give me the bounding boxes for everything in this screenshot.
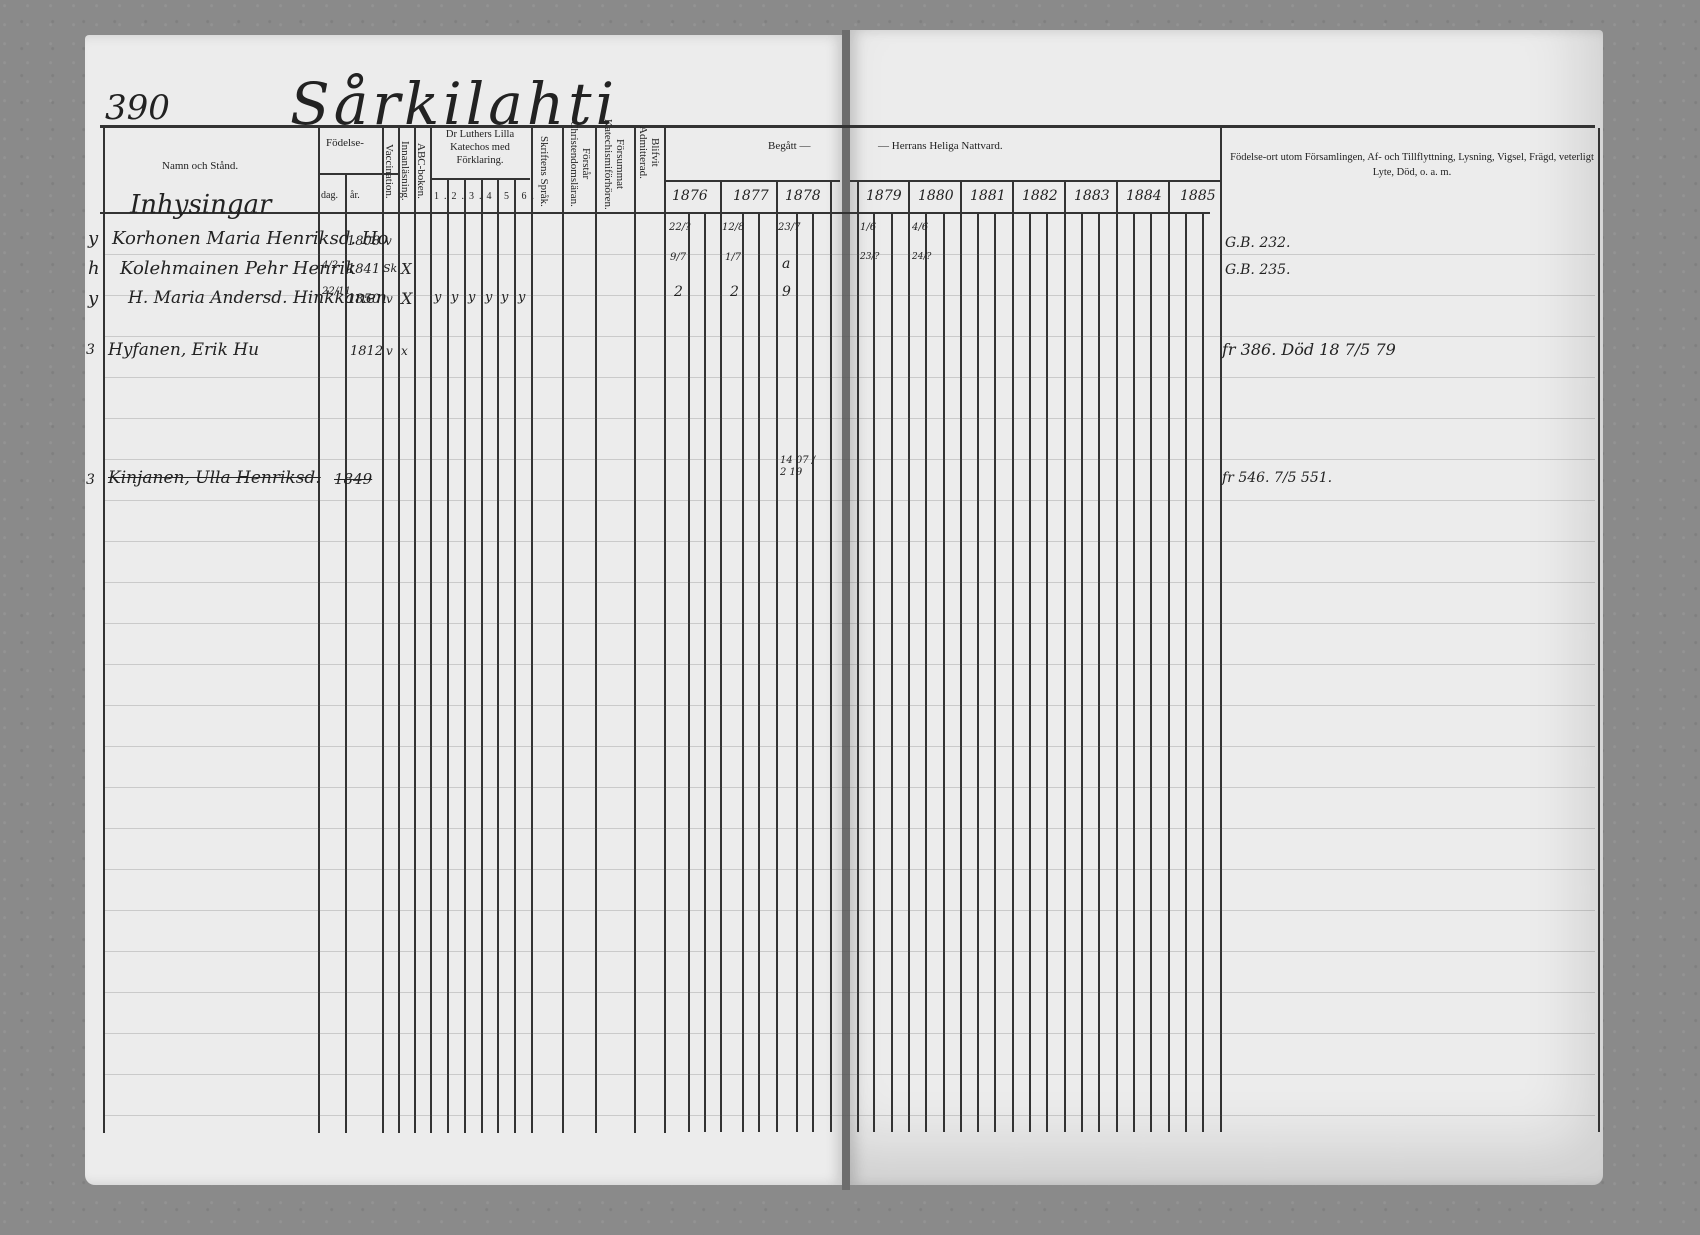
col-communion-right: — Herrans Heliga Nattvard. xyxy=(878,140,1003,152)
col-scripture: Skriftens Språk. xyxy=(538,132,550,210)
col-catechism-header: Dr Luthers Lilla Katechos med Förklaring… xyxy=(432,128,528,167)
row-3-cat-5: y xyxy=(501,290,508,305)
col-missed-catechism: Försummat Katechismiförhören. xyxy=(600,118,626,210)
row-2-year: 1841 xyxy=(347,262,380,277)
col-birth-header: Födelse- xyxy=(326,137,364,149)
row-5-remark: fr 546. 7/5 551. xyxy=(1222,470,1332,486)
page-number: 390 xyxy=(105,88,170,128)
year-1879: 1879 xyxy=(866,188,902,204)
row-5-name: Kinjanen, Ulla Henriksd. xyxy=(108,468,321,488)
col-name-header: Namn och Stånd. xyxy=(162,160,238,172)
row-4-read: x xyxy=(401,344,408,358)
row-2-vacc: Sk xyxy=(383,262,397,275)
row-5-mark: 3 xyxy=(86,472,95,488)
year-1876: 1876 xyxy=(672,188,708,204)
row-5-year: 1849 xyxy=(334,470,372,488)
year-1881: 1881 xyxy=(970,188,1006,204)
years-right-rule xyxy=(850,180,1220,182)
col-remarks: Födelse-ort utom Församlingen, Af- och T… xyxy=(1227,150,1597,180)
row-1-n1880: 4/6 xyxy=(912,222,928,233)
row-3-mark: y xyxy=(88,288,98,309)
row-3-n1877: 2 xyxy=(730,284,739,300)
row-1-year: 1808 xyxy=(347,234,380,249)
row-3-vacc: v xyxy=(386,292,393,306)
row-1-n1876: 22/? xyxy=(669,222,690,233)
header-top-rule xyxy=(100,125,1595,128)
year-1882: 1882 xyxy=(1022,188,1058,204)
row-4-vacc: v xyxy=(386,344,393,358)
years-left-rule xyxy=(665,180,840,182)
row-3-cat-2: y xyxy=(451,290,458,305)
col-catechism-parts: 1.2.3.4.5.6. xyxy=(434,191,539,202)
col-innanlasning: Innanläsning. xyxy=(399,134,411,208)
col-birth-day: dag. xyxy=(321,190,338,201)
year-1884: 1884 xyxy=(1126,188,1162,204)
row-2-remark: G.B. 235. xyxy=(1225,262,1291,278)
row-2-n1876: 9/7 xyxy=(670,252,686,263)
row-1-remark: G.B. 232. xyxy=(1225,235,1291,251)
col-communion-left: Begått — xyxy=(768,140,810,152)
col-birth-year: år. xyxy=(350,190,360,201)
year-1877: 1877 xyxy=(733,188,769,204)
row-4-remark: fr 386. Död 18 7/5 79 xyxy=(1222,340,1396,359)
row-1-n1878: 23/7 xyxy=(778,222,800,233)
row-1-mark: y xyxy=(88,228,98,249)
row-1-n1877: 12/8 xyxy=(722,222,744,233)
row-4-name: Hyfanen, Erik Hu xyxy=(108,340,259,360)
row-2-mark: h xyxy=(88,258,100,279)
row-3-year: 1850 xyxy=(347,292,380,307)
row-2-day: 4/2 xyxy=(322,260,338,271)
col-abc-boken: ABC-boken. xyxy=(415,134,427,208)
right-border-line xyxy=(1598,128,1600,1132)
row-3-n1878: 9 xyxy=(782,284,791,300)
row-4-year: 1812 xyxy=(350,344,383,359)
row-2-n1880: 24/? xyxy=(912,252,931,262)
year-1883: 1883 xyxy=(1074,188,1110,204)
row-2-n1877: 1/7 xyxy=(725,252,741,263)
col-christendom: Förstår Christendomsläran. xyxy=(566,118,592,210)
year-1878: 1878 xyxy=(785,188,821,204)
year-1885: 1885 xyxy=(1180,188,1216,204)
row-2-read: X xyxy=(401,260,412,278)
col-vaccination: Vaccination. xyxy=(383,134,395,208)
row-3-cat-3: y xyxy=(468,290,475,305)
row-1-vacc: v xyxy=(385,234,392,248)
row-1-n1879: 1/6 xyxy=(860,222,876,233)
row-2-n1878: a xyxy=(782,256,790,272)
row-4-mark: 3 xyxy=(86,342,95,358)
row-3-cat-1: y xyxy=(434,290,441,305)
year-1880: 1880 xyxy=(918,188,954,204)
row-3-cat-6: y xyxy=(518,290,525,305)
row-3-n1876: 2 xyxy=(674,284,683,300)
row-3-read: X xyxy=(401,289,412,308)
row-2-name: Kolehmainen Pehr Henrik xyxy=(120,258,356,279)
row-5-n1878: 14 07 / 2 19 xyxy=(780,455,820,479)
col-admitted: Blifvit Admitterad. xyxy=(635,122,661,182)
row-2-n1879: 23/? xyxy=(860,252,879,262)
row-3-cat-4: y xyxy=(485,290,492,305)
